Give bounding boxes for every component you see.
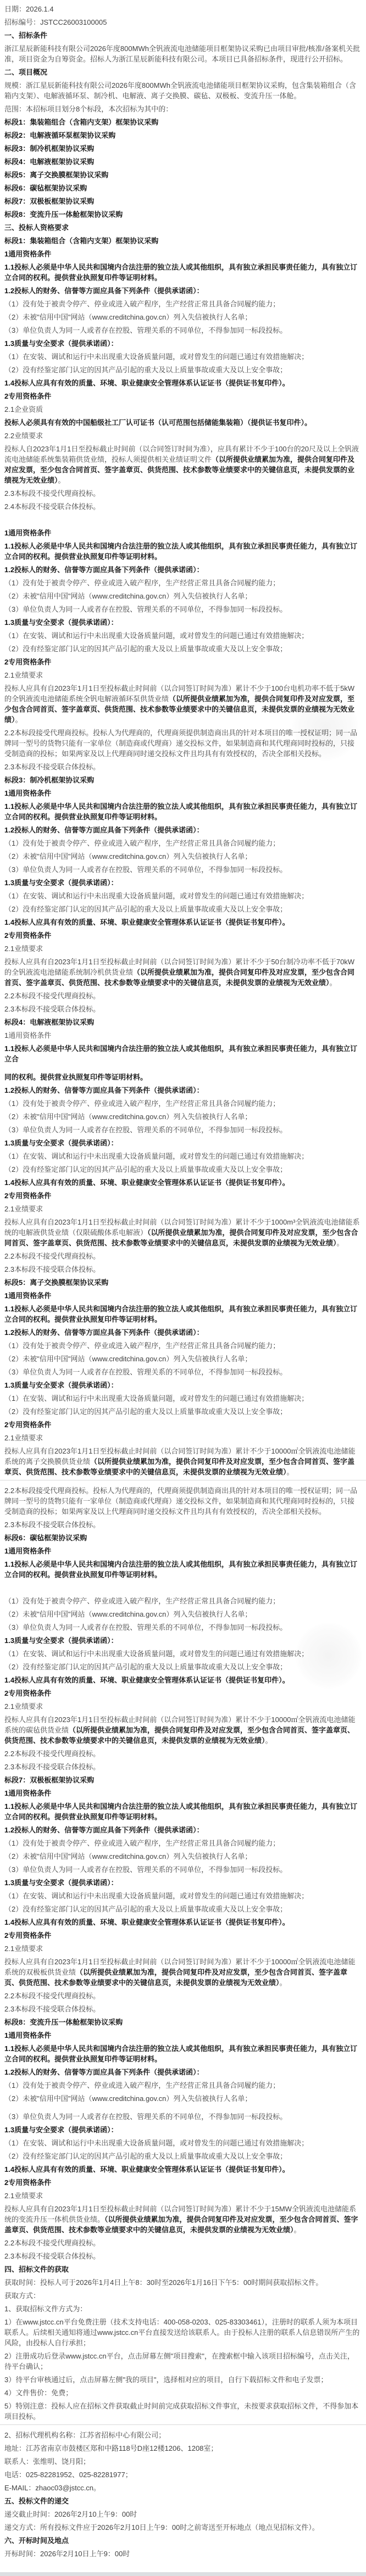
clause-2-3: 2.3本标段不接受联合体投标。 — [4, 1004, 361, 1014]
qualification-cert: 投标人必须具有有效的中国船级社工厂认可证书（认可范围包括储能集装箱）（提供证书复… — [4, 417, 361, 428]
lot-6-heading: 标段6：碳毡框架协议采购 — [4, 1533, 361, 1543]
clause-item: （2）未被"信用中国"网站（www.creditchina.gov.cn）列入失… — [4, 2093, 361, 2104]
text-run: 。 — [330, 979, 337, 987]
clause-item: （2）没有经鉴定部门认定的因其产品引起的重大及以上质量事故或重大及以上安全事故； — [4, 904, 361, 914]
clause-2-1: 2.1业绩要求 — [4, 943, 361, 954]
clause-1-2: 1.2投标人的财务、信誉等方面应具备下列条件（提供承诺函）： — [4, 286, 361, 296]
obtain-step-3: 3）待平台审核通过后，点击屏幕左侧"我的项目"，选择相对应的项目，自行下载招标文… — [4, 2374, 361, 2385]
lot-1-heading: 标段1：集装箱组合（含箱内支架）框架协议采购 — [4, 236, 361, 246]
project-range: 范围：本招标项目划分8个标段，本次招标为其中的： — [4, 104, 361, 114]
clause-1-4: 1.4投标人应具有有效的质量、环境、职业健康安全管理体系认证证书（提供证书复印件… — [4, 1917, 361, 1927]
clause-item: （2）未被"信用中国"网站（www.creditchina.gov.cn）列入失… — [4, 312, 361, 322]
clause-2-2: 2.2本标段不接受代理商投标。 — [4, 1991, 361, 2001]
lot-4-heading: 标段4：电解液框架协议采购 — [4, 1017, 361, 1027]
clause-1-1: 1.1投标人必须是中华人民共和国境内合法注册的独立法人或其他组织，具有独立承担民… — [4, 2043, 361, 2064]
date-line: 日期：2026.1.4 — [4, 4, 361, 14]
clause-item: （1）没有处于被责令停产、停业或进入破产程序，生产经营正常且具备合同履约能力； — [4, 2080, 361, 2091]
clause-item: （3）单位负责人为同一人或者存在控股、管理关系的不同单位，不得参加同一标段投标。 — [4, 1125, 361, 1135]
clause-1-1: 1.1投标人必须是中华人民共和国境内合法注册的独立法人或其他组织，具有独立承担民… — [4, 1801, 361, 1822]
agency-address: 地址：江苏省南京市鼓楼区郑和中路118号D座12楼1206、1208室； — [4, 2443, 361, 2454]
clause-1-2: 1.2投标人的财务、信誉等方面应具备下列条件（提供承诺函）： — [4, 1327, 361, 1338]
bid-opening-time: 开标时间：2026年2月10日上午9：00时 — [4, 2549, 361, 2559]
general-conditions-heading: 1通用资格条件 — [4, 2030, 361, 2041]
clause-item: （1）没有处于被责令停产、停业或进入破产程序，生产经营正常且具备合同履约能力； — [4, 578, 361, 588]
clause-2-3: 2.3本标段不接受联合体投标。 — [4, 1264, 361, 1275]
clause-item: （3）单位负责人为同一人或者存在控股、管理关系的不同单位，不得参加同一标段投标。 — [4, 1367, 361, 1377]
clause-1-3: 1.3质量与安全要求（提供承诺函）： — [4, 617, 361, 628]
project-scale: 规模：浙江星辰新能科技有限公司2026年度800MWh全钒液流电池储能项目框架协… — [4, 80, 361, 101]
clause-2-1: 2.1业绩要求 — [4, 1943, 361, 1954]
obtain-method-label: 获取方式： — [4, 2290, 361, 2301]
clause-item: （3）单位负责人为同一人或者存在控股、管理关系的不同单位，不得参加同一标段投标。 — [4, 604, 361, 614]
document-page: 日期：2026.1.4招标编号：JSTCC26003100005一、招标条件浙江… — [0, 0, 366, 2576]
obtain-step-1: 1）在www.jstcc.cn平台免费注册（技术支持电话：400-058-020… — [4, 2317, 361, 2348]
clause-2-3: 2.3本标段不接受联合体投标。 — [4, 762, 361, 772]
clause-1-2: 1.2投标人的财务、信誉等方面应具备下列条件（提供承诺函）： — [4, 2067, 361, 2077]
clause-1-3: 1.3质量与安全要求（提供承诺函）： — [4, 338, 361, 349]
clause-1-4: 1.4投标人应具有有效的质量、环境、职业健康安全管理体系认证证书（提供证书复印件… — [4, 2164, 361, 2175]
clause-1-2: 1.2投标人的财务、信誉等方面应具备下列条件（提供承诺函）： — [4, 565, 361, 575]
clause-2-1: 2.1业绩要求 — [4, 2191, 361, 2201]
clause-item: （3）单位负责人为同一人或者存在控股、管理关系的不同单位，不得参加同一标段投标。 — [4, 1864, 361, 1875]
clause-item: （2）没有经鉴定部门认定的因其产品引起的重大及以上质量事故或重大及以上安全事故； — [4, 365, 361, 375]
lot-7-heading: 标段7：双极板框架协议采购 — [4, 1775, 361, 1785]
clause-1-3: 1.3质量与安全要求（提供承诺函）： — [4, 1635, 361, 1646]
text-run: 。 — [294, 2226, 301, 2234]
submission-deadline: 递交截止时间：2026年2月10上午9：00时 — [4, 2509, 361, 2519]
clause-item: （2）未被"信用中国"网站（www.creditchina.gov.cn）列入失… — [4, 591, 361, 601]
clause-2-3: 2.3本标段不接受联合体投标。 — [4, 1762, 361, 1772]
clause-1-1: 1.1投标人必须是中华人民共和国境内合法注册的独立法人或其他组织，具有独立承担民… — [4, 1559, 361, 1580]
clause-item: （2）没有经鉴定部门认定的因其产品引起的重大及以上质量事故或重大及以上安全事故； — [4, 1904, 361, 1914]
clause-1-4: 1.4投标人应具有有效的质量、环境、职业健康安全管理体系认证证书（提供证书复印件… — [4, 1177, 361, 1188]
clause-item: （1）在安装、调试和运行中未出现重大设备质量问题，或对曾发生的问题已通过有效措施… — [4, 351, 361, 362]
lot-8-heading: 标段8：变流升压一体舱框架协议采购 — [4, 2017, 361, 2027]
clause-1-4: 1.4投标人应具有有效的质量、环境、职业健康安全管理体系认证证书（提供证书复印件… — [4, 378, 361, 388]
clause-2-2: 2.2本标段不接受代理商投标。 — [4, 991, 361, 1001]
clause-item: （2）未被"信用中国"网站（www.creditchina.gov.cn）列入失… — [4, 1851, 361, 1862]
special-conditions-heading: 2专用资格条件 — [4, 1191, 361, 1201]
lot-list-item-1: 标段1：集装箱组合（含箱内支架）框架协议采购 — [4, 117, 361, 127]
clause-item: （1）没有处于被责令停产、停业或进入破产程序，生产经营正常且具备合同履约能力； — [4, 1340, 361, 1351]
obtain-time: 获取时间：投标人可于2026年1月4日上午8：30时至2026年1月16日下午5… — [4, 2277, 361, 2288]
text-run: 。 — [337, 1239, 344, 1247]
section-1-heading: 一、招标条件 — [4, 30, 361, 41]
clause-1-1-part1: 1.1投标人必须是中华人民共和国境内合法注册的独立法人或其他组织，具有独立承担民… — [4, 1043, 361, 1064]
clause-1-1-part2: 同的权利。提供营业执照复印件等证明材料。 — [4, 1072, 361, 1082]
section-2-heading: 二、项目概况 — [4, 67, 361, 77]
clause-1-1: 1.1投标人必须是中华人民共和国境内合法注册的独立法人或其他组织，具有独立承担民… — [4, 541, 361, 562]
clause-2-2: 2.2本标段接受代理商投标。投标人为代理商的，代理商须提供制造商出具的针对本项目… — [4, 1485, 361, 1517]
clause-1-4: 1.4投标人应具有有效的质量、环境、职业健康安全管理体系认证证书（提供证书复印件… — [4, 917, 361, 927]
clause-item: （1）没有处于被责令停产、停业或进入破产程序，生产经营正常且具备合同履约能力； — [4, 1596, 361, 1606]
text-run: 。 — [280, 1979, 287, 1987]
obtain-step-4: 4）文件售价：免费； — [4, 2388, 361, 2398]
clause-item: （1）没有处于被责令停产、停业或进入破产程序，生产经营正常且具备合同履约能力； — [4, 838, 361, 848]
section-4-heading: 四、招标文件的获取 — [4, 2264, 361, 2275]
performance-requirement: 投标人应具有自2023年1月1日至投标截止时间前（以合同签订时间为准）累计不少于… — [4, 1446, 361, 1477]
obtain-step-2: 2）注册成功后登录www.jstcc.cn平台，点击屏幕左侧"项目搜索"，在搜索… — [4, 2351, 361, 2372]
special-conditions-heading: 2专用资格条件 — [4, 2177, 361, 2188]
performance-requirement: 投标人应具有自2023年1月1日至投标截止时间前（以合同签订时间为准）累计不少于… — [4, 957, 361, 988]
clause-item: （2）没有经鉴定部门认定的因其产品引起的重大及以上质量事故或重大及以上安全事故； — [4, 2151, 361, 2161]
clause-item: （1）在安装、调试和运行中未出现重大设备质量问题，或对曾发生的问题已通过有效措施… — [4, 1891, 361, 1901]
performance-requirement: 投标人自2023年1月1日至投标截止时间前（以合同签订时间为准），应具有累计不少… — [4, 444, 361, 485]
clause-2-1: 2.1企业资质 — [4, 404, 361, 415]
general-conditions-heading: 1通用资格条件 — [4, 788, 361, 798]
blank-line — [4, 1583, 361, 1593]
clause-item: （2）没有经鉴定部门认定的因其产品引起的重大及以上质量事故或重大及以上安全事故； — [4, 1662, 361, 1672]
page-bottom-strip — [0, 2572, 366, 2576]
lot-list-item-2: 标段2：电解液循环泵框架协议采购 — [4, 130, 361, 141]
general-conditions-heading: 1通用资格条件 — [4, 1546, 361, 1556]
clause-item: （1）在安装、调试和运行中未出现重大设备质量问题，或对曾发生的问题已通过有效措施… — [4, 630, 361, 641]
section-1-body: 浙江星辰新能科技有限公司2026年度800MWh全钒液流电池储能项目框架协议采购… — [4, 43, 361, 64]
general-conditions-heading: 1通用资格条件 — [4, 1788, 361, 1798]
text-run: 。 — [265, 1736, 273, 1745]
clause-item: （3）单位负责人为同一人或者存在控股、管理关系的不同单位，不得参加同一标段投标。 — [4, 325, 361, 336]
clause-2-1: 2.1业绩要求 — [4, 1701, 361, 1712]
lot-list-item-6: 标段6：碳毡框架协议采购 — [4, 183, 361, 193]
text-run: 。 — [287, 1468, 294, 1476]
clause-item: （3）单位负责人为同一人或者存在控股、管理关系的不同单位，不得参加同一标段投标。 — [4, 864, 361, 875]
general-conditions-heading: 1通用资格条件 — [4, 249, 361, 259]
obtain-method-1: 1、获取招标文件方式为： — [4, 2304, 361, 2314]
general-conditions-heading: 1通用资格条件 — [4, 1290, 361, 1301]
clause-1-3: 1.3质量与安全要求（提供承诺函）： — [4, 1380, 361, 1390]
blank-line — [4, 515, 361, 525]
clause-item: （1）没有处于被责令停产、停业或进入破产程序，生产经营正常且具备合同履约能力； — [4, 299, 361, 309]
performance-requirement: 投标人应具有自2023年1月1日至投标截止时间前（以合同签订时间为准）累计不少于… — [4, 1957, 361, 1988]
section-3-heading: 三、投标人资格要求 — [4, 222, 361, 233]
clause-item: （2）未被"信用中国"网站（www.creditchina.gov.cn）列入失… — [4, 1354, 361, 1364]
lot-3-heading: 标段3：制冷机框架协议采购 — [4, 775, 361, 785]
clause-item: （2）没有经鉴定部门认定的因其产品引起的重大及以上质量事故或重大及以上安全事故； — [4, 1164, 361, 1175]
agency-phone: 电话：025-82281952、025-82281977； — [4, 2469, 361, 2480]
performance-requirement: 投标人应具有自2023年1月1日至投标截止时间前（以合同签订时间为准）累计不少于… — [4, 2204, 361, 2235]
performance-requirement: 投标人应具有自2023年1月1日至投标截止时间前（以合同签订时间为准）累计不少于… — [4, 1217, 361, 1248]
special-conditions-heading: 2专用资格条件 — [4, 1420, 361, 1430]
clause-2-1: 2.1业绩要求 — [4, 670, 361, 680]
clause-item: （3）单位负责人为同一人或者存在控股、管理关系的不同单位，不得参加同一标段投标。 — [4, 1622, 361, 1633]
clause-1-2: 1.2投标人的财务、信誉等方面应具备下列条件（提供承诺函）： — [4, 1825, 361, 1835]
special-conditions-heading: 2专用资格条件 — [4, 930, 361, 941]
text-run: 。 — [58, 476, 65, 484]
document-body: 日期：2026.1.4招标编号：JSTCC26003100005一、招标条件浙江… — [4, 4, 361, 2559]
clause-item: （1）在安装、调试和运行中未出现重大设备质量问题，或对曾发生的问题已通过有效措施… — [4, 1151, 361, 1161]
clause-1-2: 1.2投标人的财务、信誉等方面应具备下列条件（提供承诺函）： — [4, 1085, 361, 1096]
lot-list-item-5: 标段5：离子交换膜框架协议采购 — [4, 170, 361, 180]
general-conditions-heading: 1通用资格条件 — [4, 1030, 361, 1041]
clause-item: （2）未被"信用中国"网站（www.creditchina.gov.cn）列入失… — [4, 1111, 361, 1122]
page-break-line — [0, 1480, 366, 1480]
agency-name: 2、招标代理机构名称：江苏省招标中心有限公司； — [4, 2430, 361, 2440]
clause-1-1: 1.1投标人必须是中华人民共和国境内合法注册的独立法人或其他组织，具有独立承担民… — [4, 801, 361, 822]
clause-2-1: 2.1业绩要求 — [4, 1433, 361, 1443]
clause-1-3: 1.3质量与安全要求（提供承诺函）： — [4, 878, 361, 888]
clause-item: （1）在安装、调试和运行中未出现重大设备质量问题，或对曾发生的问题已通过有效措施… — [4, 2138, 361, 2148]
lot-list-item-7: 标段7：双极板框架协议采购 — [4, 196, 361, 206]
lot-list-item-4: 标段4：电解液框架协议采购 — [4, 157, 361, 167]
section-5-heading: 五、投标文件的递交 — [4, 2496, 361, 2506]
lot-5-heading: 标段5：离子交换膜框架协议采购 — [4, 1277, 361, 1288]
lot-list-item-3: 标段3：制冷机框架协议采购 — [4, 143, 361, 154]
section-6-heading: 六、开标时间及地点 — [4, 2535, 361, 2546]
agency-email: E-MAIL：zhaoc03@jstcc.cn。 — [4, 2483, 361, 2493]
clause-2-2: 2.2本标段不接受代理商投标。 — [4, 1251, 361, 1261]
clause-item: （2）未被"信用中国"网站（www.creditchina.gov.cn）列入失… — [4, 1609, 361, 1619]
special-conditions-heading: 2专用资格条件 — [4, 1688, 361, 1698]
clause-1-3: 1.3质量与安全要求（提供承诺函）： — [4, 2125, 361, 2135]
clause-2-3: 2.3本标段不接受代理商投标。 — [4, 488, 361, 499]
clause-2-4: 2.4本标段不接受联合体投标。 — [4, 501, 361, 512]
clause-item: （1）在安装、调试和运行中未出现重大设备质量问题，或对曾发生的问题已通过有效措施… — [4, 1393, 361, 1404]
clause-1-3: 1.3质量与安全要求（提供承诺函）： — [4, 1138, 361, 1148]
clause-item: （1）没有处于被责令停产、停业或进入破产程序，生产经营正常且具备合同履约能力； — [4, 1838, 361, 1848]
clause-1-1: 1.1投标人必须是中华人民共和国境内合法注册的独立法人或其他组织，具有独立承担民… — [4, 1304, 361, 1325]
agency-contacts: 联系人：张维明、饶月阳； — [4, 2456, 361, 2467]
submission-method: 递交方式：所有投标文件应于2026年2月10日上午9：00时之前寄送至开标地点（… — [4, 2522, 361, 2533]
clause-2-3: 2.3本标段不接受联合体投标。 — [4, 1519, 361, 1530]
clause-2-3: 2.3本标段不接受联合体投标。 — [4, 2251, 361, 2261]
clause-item: （1）没有处于被责令停产、停业或进入破产程序，生产经营正常且具备合同履约能力； — [4, 1098, 361, 1109]
clause-item: （1）在安装、调试和运行中未出现重大设备质量问题，或对曾发生的问题已通过有效措施… — [4, 891, 361, 901]
special-conditions-heading: 2专用资格条件 — [4, 657, 361, 667]
clause-2-2: 2.2业绩要求 — [4, 431, 361, 441]
performance-requirement: 投标人应具有自2023年1月1日至投标截止时间前（以合同签订时间为准）累计不少于… — [4, 1714, 361, 1746]
clause-2-2: 2.2本标段不接受代理商投标。 — [4, 1748, 361, 1759]
clause-2-3: 2.3本标段不接受联合体投标。 — [4, 2004, 361, 2014]
clause-item: （2）没有经鉴定部门认定的因其产品引起的重大及以上质量事故或重大及以上安全事故； — [4, 1406, 361, 1417]
clause-1-1: 1.1投标人必须是中华人民共和国境内合法注册的独立法人或其他组织，具有独立承担民… — [4, 262, 361, 283]
clause-2-2: 2.2本标段不接受代理商投标。 — [4, 2238, 361, 2248]
special-conditions-heading: 2专用资格条件 — [4, 391, 361, 401]
lot-list-item-8: 标段8：变流升压一体舱框架协议采购 — [4, 209, 361, 220]
special-conditions-heading: 2专用资格条件 — [4, 1930, 361, 1941]
clause-item: （2）未被"信用中国"网站（www.creditchina.gov.cn）列入失… — [4, 851, 361, 862]
obtain-step-5: 5）特别注意：投标人应在招标文件获取截止时间前完成获取招标文件事宜，未按要求获取… — [4, 2401, 361, 2422]
clause-item: （1）在安装、调试和运行中未出现重大设备质量问题，或对曾发生的问题已通过有效措施… — [4, 1649, 361, 1659]
performance-requirement: 投标人应具有自2023年1月1日至投标截止时间前（以合同签订时间为准）累计不少于… — [4, 683, 361, 725]
general-conditions-heading: 1通用资格条件 — [4, 528, 361, 538]
text-run: 。 — [15, 716, 23, 724]
clause-1-3: 1.3质量与安全要求（提供承诺函）： — [4, 1877, 361, 1888]
clause-2-2: 2.2本标段接受代理商投标。投标人为代理商的，代理商须提供制造商出具的针对本项目… — [4, 728, 361, 759]
tender-number: 招标编号：JSTCC26003100005 — [4, 17, 361, 27]
clause-1-2: 1.2投标人的财务、信誉等方面应具备下列条件（提供承诺函）： — [4, 825, 361, 835]
clause-item: （3）单位负责人为同一人或者存在控股、管理关系的不同单位，不得参加同一标段投标。 — [4, 2111, 361, 2122]
clause-2-1: 2.1业绩要求 — [4, 1204, 361, 1214]
page-break-line — [0, 2424, 366, 2425]
clause-1-4: 1.4投标人应具有有效的质量、环境、职业健康安全管理体系认证证书（提供证书复印件… — [4, 1675, 361, 1685]
clause-item: （2）没有经鉴定部门认定的因其产品引起的重大及以上质量事故或重大及以上安全事故； — [4, 644, 361, 654]
